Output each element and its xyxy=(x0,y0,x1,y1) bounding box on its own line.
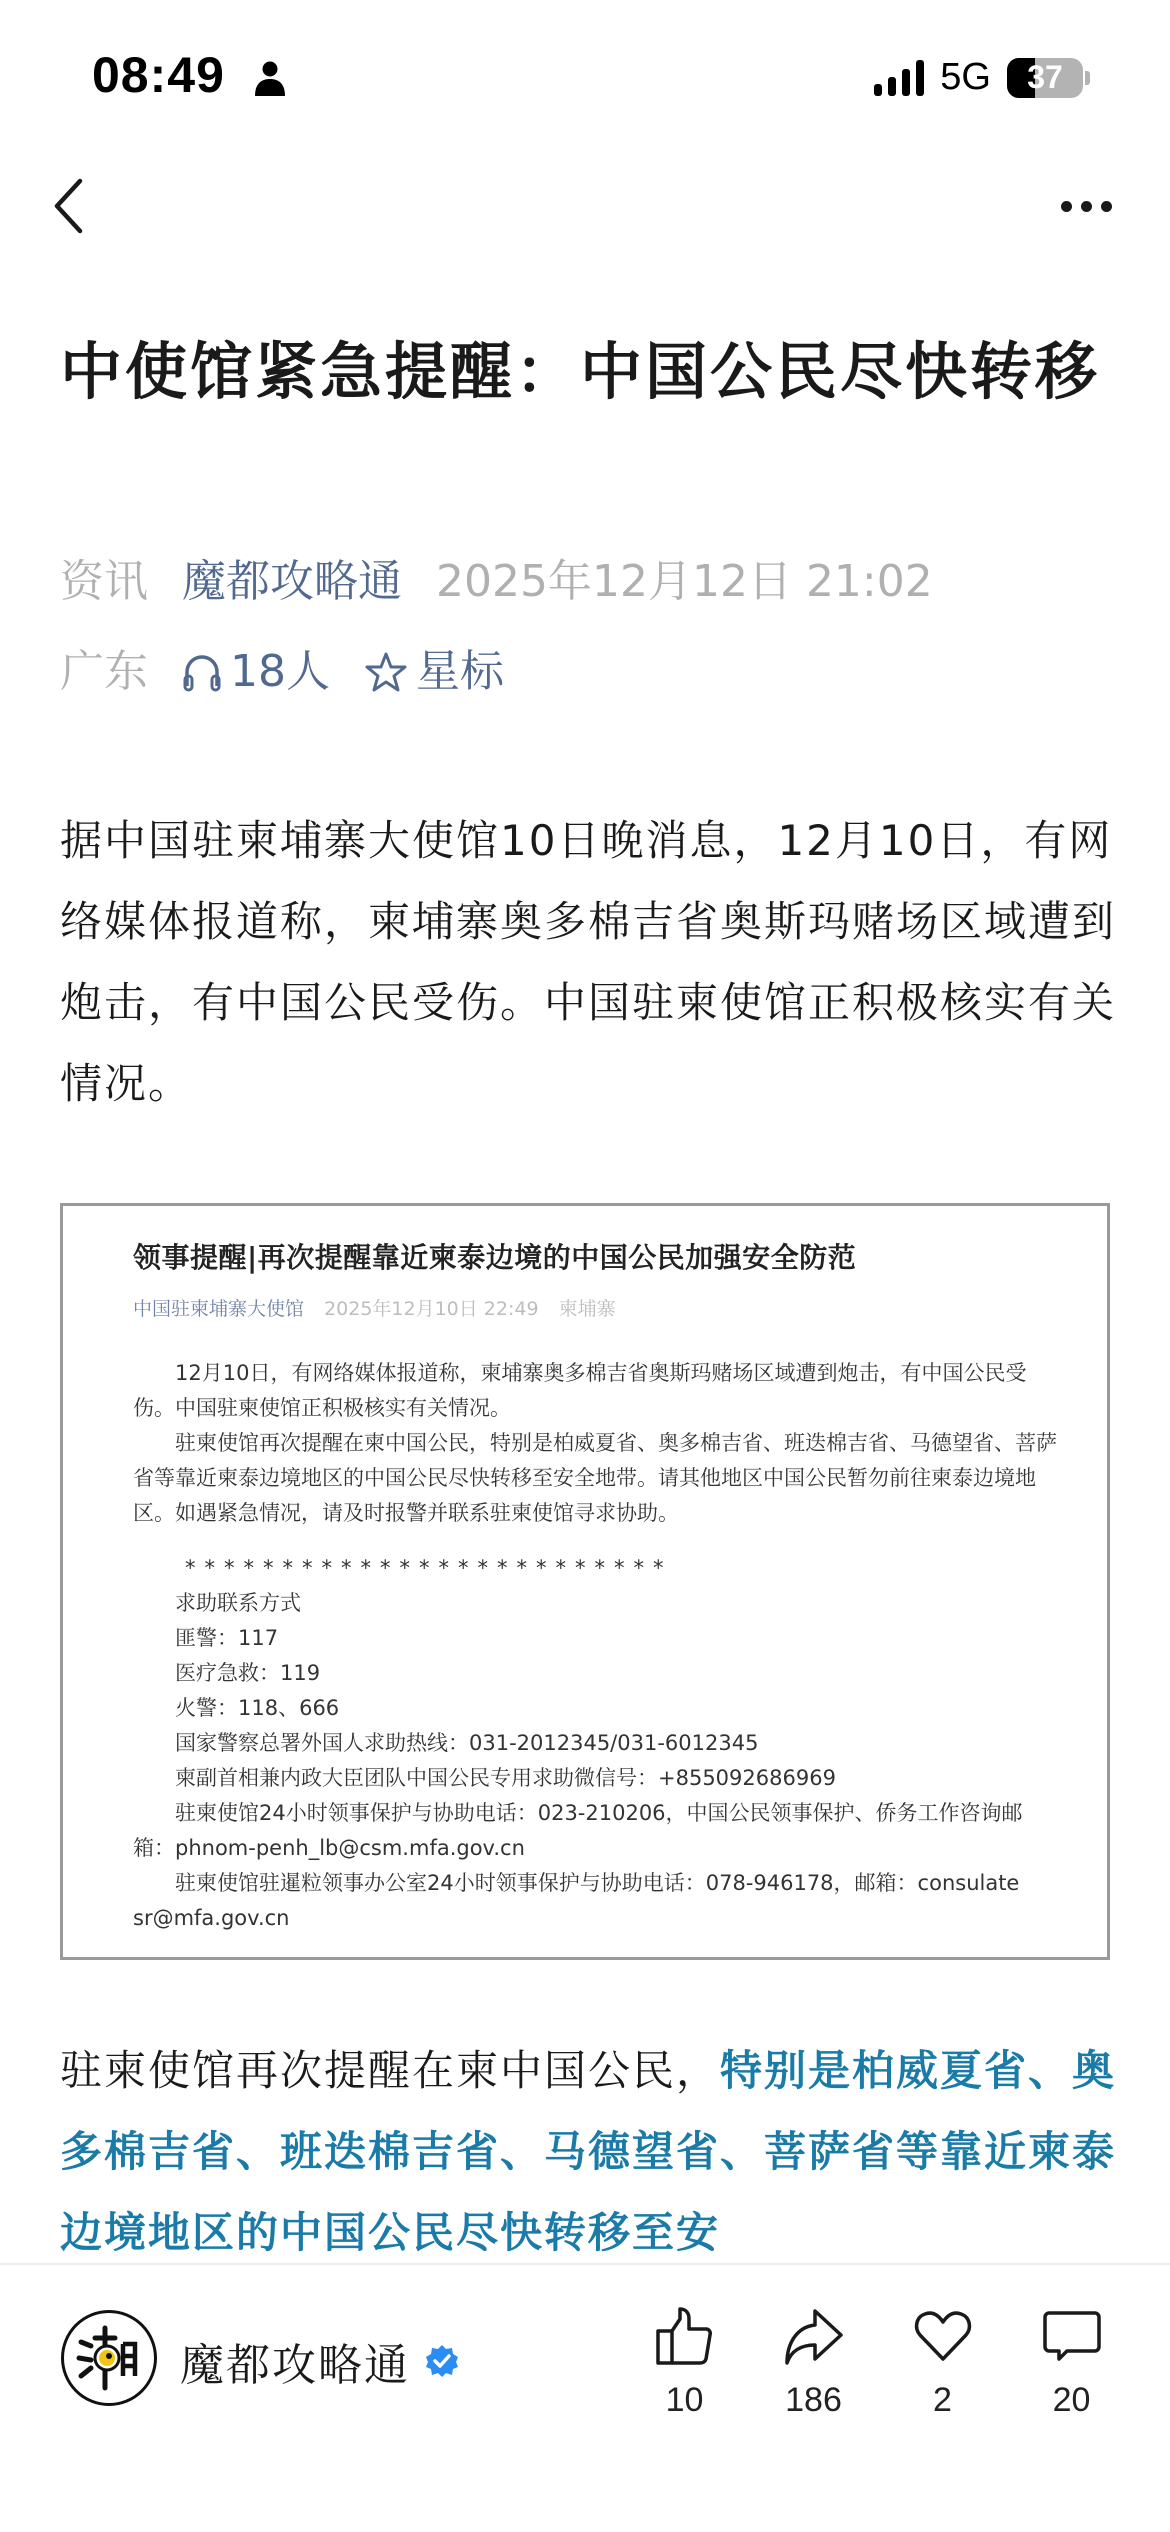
comment-count: 20 xyxy=(1053,2381,1091,2420)
article-meta-secondary: 广东 18人 星标 xyxy=(60,642,504,702)
listener-count: 18人 xyxy=(230,642,330,702)
status-bar: 08:49 5G 37 xyxy=(0,0,1170,150)
embed-source: 中国驻柬埔寨大使馆 xyxy=(133,1298,304,1320)
contact-line: 匪警：117 xyxy=(133,1621,1063,1656)
embed-title: 领事提醒|再次提醒靠近柬泰边境的中国公民加强安全防范 xyxy=(133,1236,856,1276)
author-name[interactable]: 魔都攻略通 xyxy=(180,2329,460,2393)
thumbs-up-icon xyxy=(654,2305,716,2367)
article-meta: 资讯 魔都攻略通 2025年12月12日 21:02 xyxy=(60,552,933,612)
like-count: 10 xyxy=(666,2381,704,2420)
battery-tip xyxy=(1085,71,1090,85)
share-arrow-icon xyxy=(783,2305,845,2367)
verified-badge-icon xyxy=(424,2343,460,2379)
comment-icon xyxy=(1041,2305,1103,2367)
category-label: 资讯 xyxy=(60,552,148,612)
embedded-notice-image[interactable]: 领事提醒|再次提醒靠近柬泰边境的中国公民加强安全防范 中国驻柬埔寨大使馆 202… xyxy=(60,1203,1110,1960)
embed-para: 12月10日，有网络媒体报道称，柬埔寨奥多棉吉省奥斯玛赌场区域遭到炮击，有中国公… xyxy=(133,1356,1063,1426)
article-title: 中使馆紧急提醒：中国公民尽快转移 xyxy=(60,328,1120,416)
star-icon xyxy=(364,650,408,694)
network-type: 5G xyxy=(940,56,991,99)
contact-line: 国家警察总署外国人求助热线：031-2012345/031-6012345 xyxy=(133,1726,1063,1761)
bottom-action-bar: 魔都攻略通 10 186 2 xyxy=(0,2263,1170,2532)
headphones-icon xyxy=(182,650,222,694)
contact-line: 柬副首相兼内政大臣团队中国公民专用求助微信号：+855092686969 xyxy=(133,1761,1063,1796)
status-indicators: 5G 37 xyxy=(874,56,1090,99)
battery-icon: 37 xyxy=(1007,58,1083,98)
contact-line: 火警：118、666 xyxy=(133,1691,1063,1726)
like-button[interactable]: 10 xyxy=(620,2305,749,2420)
back-button[interactable] xyxy=(44,170,94,242)
paragraph-text: 驻柬使馆再次提醒在柬中国公民， xyxy=(60,2046,720,2095)
status-time: 08:49 xyxy=(92,46,225,104)
author-name-text: 魔都攻略通 xyxy=(180,2329,410,2393)
avatar-logo-icon xyxy=(71,2320,147,2396)
signal-icon xyxy=(874,60,924,96)
action-buttons: 10 186 2 20 xyxy=(620,2305,1136,2420)
embed-location: 柬埔寨 xyxy=(559,1298,616,1320)
consulate-contact: 驻柬使馆驻暹粒领事办公室24小时领事保护与协助电话：078-946178，邮箱：… xyxy=(133,1866,1063,1936)
article-paragraph: 据中国驻柬埔寨大使馆10日晚消息，12月10日，有网络媒体报道称，柬埔寨奥多棉吉… xyxy=(60,800,1120,1124)
location-label: 广东 xyxy=(60,642,148,702)
publish-datetime: 2025年12月12日 21:02 xyxy=(436,552,933,612)
comment-button[interactable]: 20 xyxy=(1007,2305,1136,2420)
embed-para: 驻柬使馆再次提醒在柬中国公民，特别是柏威夏省、奥多棉吉省、班迭棉吉省、马德望省、… xyxy=(133,1426,1063,1531)
author-avatar[interactable] xyxy=(61,2310,157,2406)
favorite-count: 2 xyxy=(933,2381,952,2420)
battery-level: 37 xyxy=(1007,58,1083,98)
heart-icon xyxy=(912,2305,974,2367)
embed-divider: ************************* xyxy=(133,1551,1063,1586)
share-button[interactable]: 186 xyxy=(749,2305,878,2420)
more-dots-icon xyxy=(1061,201,1072,212)
embed-body: 12月10日，有网络媒体报道称，柬埔寨奥多棉吉省奥斯玛赌场区域遭到炮击，有中国公… xyxy=(133,1356,1063,1936)
contact-line: 医疗急救：119 xyxy=(133,1656,1063,1691)
chevron-left-icon xyxy=(53,178,85,234)
embed-datetime: 2025年12月10日 22:49 xyxy=(324,1298,539,1320)
listen-button[interactable]: 18人 xyxy=(182,642,330,702)
article-paragraph-2: 驻柬使馆再次提醒在柬中国公民，特别是柏威夏省、奥多棉吉省、班迭棉吉省、马德望省、… xyxy=(60,2030,1120,2273)
favorite-button[interactable]: 2 xyxy=(878,2305,1007,2420)
star-label: 星标 xyxy=(416,642,504,702)
author-link[interactable]: 魔都攻略通 xyxy=(182,552,402,612)
contacts-heading: 求助联系方式 xyxy=(133,1586,1063,1621)
embassy-contact: 驻柬使馆24小时领事保护与协助电话：023-210206，中国公民领事保护、侨务… xyxy=(133,1796,1063,1866)
person-icon xyxy=(252,60,288,96)
embed-meta: 中国驻柬埔寨大使馆 2025年12月10日 22:49 柬埔寨 xyxy=(133,1294,616,1321)
share-count: 186 xyxy=(785,2381,842,2420)
star-button[interactable]: 星标 xyxy=(364,642,504,702)
more-options-button[interactable] xyxy=(1046,180,1126,232)
